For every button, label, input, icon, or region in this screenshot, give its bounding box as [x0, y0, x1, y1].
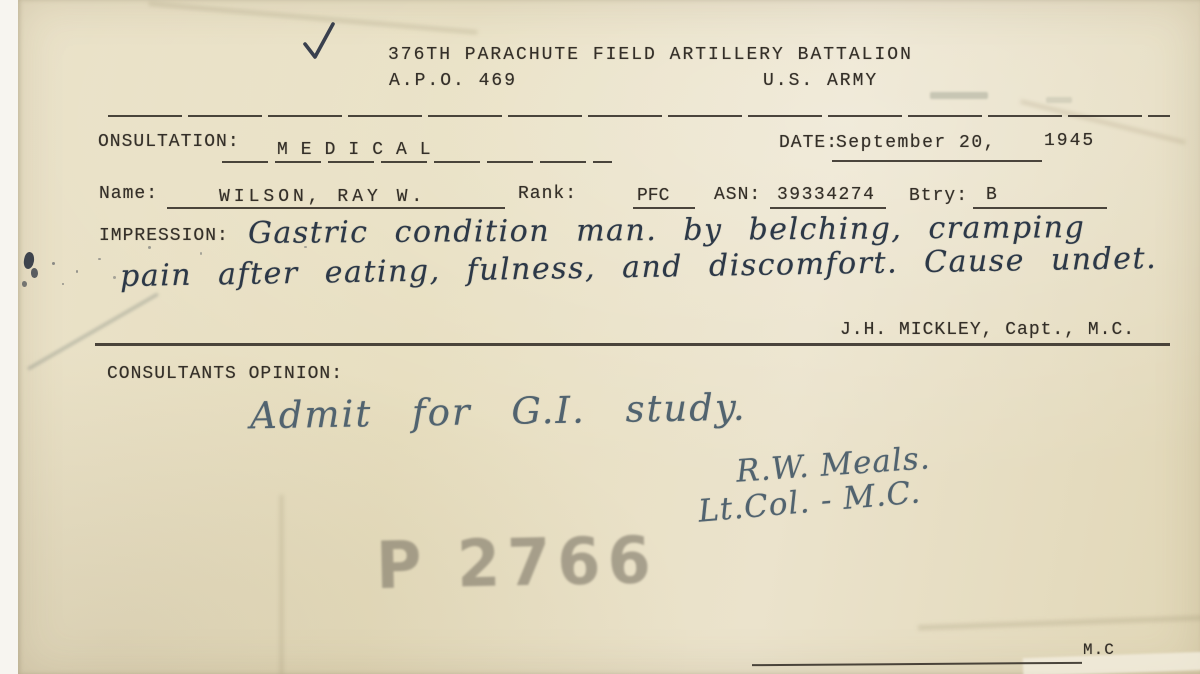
date-value: September 20,	[836, 133, 996, 153]
consultation-underline	[222, 161, 612, 163]
asn-underline	[770, 207, 886, 209]
rank-underline	[633, 207, 695, 209]
ink-speck	[76, 270, 78, 273]
ink-speck	[200, 252, 202, 255]
ink-speck	[62, 283, 64, 285]
ink-speck	[148, 246, 151, 249]
rank-label: Rank:	[518, 184, 577, 204]
paper-crease	[27, 293, 158, 371]
consultation-value: MEDICAL	[277, 140, 444, 160]
date-label: DATE:	[779, 133, 838, 153]
date-underline	[832, 160, 1042, 162]
paper-crease	[280, 495, 283, 674]
ink-blot	[22, 281, 27, 287]
signature-rule	[95, 343, 1170, 346]
footer-initials: M.C	[1083, 641, 1115, 659]
consultants-opinion-text: Admit for G.I. study.	[250, 386, 747, 438]
asn-label: ASN:	[714, 185, 761, 205]
rank-value: PFC	[637, 186, 669, 206]
impression-label: IMPRESSION:	[99, 226, 229, 246]
ink-speck	[52, 262, 55, 265]
btry-value: B	[986, 185, 998, 205]
date-year: 1945	[1044, 131, 1095, 151]
stamp-smudge	[1046, 97, 1072, 103]
name-value: WILSON, RAY W.	[219, 187, 426, 207]
name-label: Name:	[99, 184, 158, 204]
ink-speck	[113, 276, 116, 279]
asn-value: 39334274	[777, 185, 875, 205]
header-battalion: 376TH PARACHUTE FIELD ARTILLERY BATTALIO…	[388, 45, 913, 65]
name-underline	[167, 207, 505, 209]
header-apo: A.P.O. 469	[389, 71, 517, 91]
btry-label: Btry:	[909, 186, 968, 206]
stamp-smudge	[930, 92, 988, 99]
stamp-number: P 2766	[375, 521, 658, 604]
btry-underline	[973, 207, 1107, 209]
ink-blot	[31, 268, 38, 278]
header-army: U.S. ARMY	[763, 71, 878, 91]
checkmark-icon	[301, 20, 337, 62]
consultation-label: ONSULTATION:	[98, 132, 240, 152]
ink-speck	[98, 258, 101, 260]
paper-crease	[918, 615, 1200, 630]
scanned-document: 376TH PARACHUTE FIELD ARTILLERY BATTALIO…	[0, 0, 1200, 674]
consultants-opinion-label: CONSULTANTS OPINION:	[107, 364, 343, 384]
rule-top	[108, 115, 1170, 117]
examiner-signature: J.H. MICKLEY, Capt., M.C.	[840, 320, 1135, 340]
ink-blot	[23, 251, 36, 269]
